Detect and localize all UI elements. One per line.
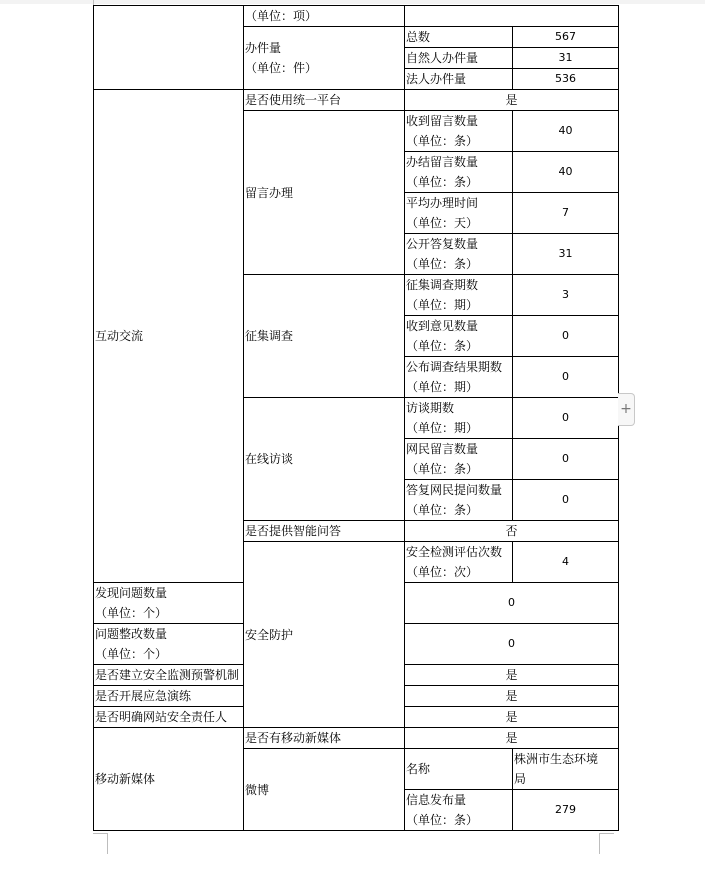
metric-label: 发现问题数量 （单位：个）: [94, 583, 244, 624]
has-mobile-label: 是否有移动新媒体: [244, 728, 405, 749]
metric-value: 0: [513, 480, 619, 521]
yesno-label: 是否开展应急演练: [94, 686, 244, 707]
metric-label: 问题整改数量 （单位：个）: [94, 624, 244, 665]
plus-icon: +: [620, 401, 632, 417]
report-table: （单位：项） 办件量 （单位：件） 总数 567 自然人办件量 31 法人办件量…: [93, 5, 619, 831]
metric-value: 7: [513, 193, 619, 234]
metric-label: 办结留言数量 （单位：条）: [405, 152, 513, 193]
metric-value: 0: [405, 583, 619, 624]
metric-value: 0: [513, 398, 619, 439]
metric-value: 3: [513, 275, 619, 316]
message-handling-label: 留言办理: [244, 111, 405, 275]
weibo-publish-label: 信息发布量 （单位：条）: [405, 790, 513, 831]
table-row: 互动交流 是否使用统一平台 是: [94, 90, 619, 111]
unit-item-value: [405, 6, 619, 27]
handling-legal-person-value: 536: [513, 69, 619, 90]
page-top-strip: [0, 0, 705, 4]
metric-value: 0: [513, 357, 619, 398]
metric-label: 答复网民提问数量 （单位：条）: [405, 480, 513, 521]
yesno-value: 是: [405, 707, 619, 728]
weibo-name-label: 名称: [405, 749, 513, 790]
has-mobile-value: 是: [405, 728, 619, 749]
smart-qa-label: 是否提供智能问答: [244, 521, 405, 542]
weibo-publish-value: 279: [513, 790, 619, 831]
metric-value: 31: [513, 234, 619, 275]
handling-volume-label: 办件量 （单位：件）: [244, 27, 405, 90]
category-cell-empty: [94, 6, 244, 90]
metric-value: 0: [513, 439, 619, 480]
add-row-button[interactable]: +: [618, 393, 635, 426]
unified-platform-label: 是否使用统一平台: [244, 90, 405, 111]
weibo-name-value: 株洲市生态环境 局: [513, 749, 619, 790]
online-interview-label: 在线访谈: [244, 398, 405, 521]
metric-value: 40: [513, 111, 619, 152]
unit-item-label: （单位：项）: [244, 6, 405, 27]
metric-value: 0: [513, 316, 619, 357]
metric-value: 40: [513, 152, 619, 193]
metric-label: 平均办理时间 （单位：天）: [405, 193, 513, 234]
metric-label: 网民留言数量 （单位：条）: [405, 439, 513, 480]
metric-value: 4: [513, 542, 619, 583]
yesno-value: 是: [405, 686, 619, 707]
metric-label: 收到留言数量 （单位：条）: [405, 111, 513, 152]
table-row: 移动新媒体 是否有移动新媒体 是: [94, 728, 619, 749]
smart-qa-value: 否: [405, 521, 619, 542]
handling-total-value: 567: [513, 27, 619, 48]
yesno-value: 是: [405, 665, 619, 686]
crop-mark-bottom-left: [93, 833, 108, 854]
metric-label: 公布调查结果期数 （单位：期）: [405, 357, 513, 398]
unified-platform-value: 是: [405, 90, 619, 111]
handling-legal-person-label: 法人办件量: [405, 69, 513, 90]
category-mobile-media: 移动新媒体: [94, 728, 244, 831]
crop-mark-top-left: [78, 0, 94, 5]
crop-mark-bottom-right: [599, 833, 614, 854]
metric-label: 收到意见数量 （单位：条）: [405, 316, 513, 357]
metric-label: 征集调查期数 （单位：期）: [405, 275, 513, 316]
yesno-label: 是否建立安全监测预警机制: [94, 665, 244, 686]
handling-natural-person-value: 31: [513, 48, 619, 69]
handling-natural-person-label: 自然人办件量: [405, 48, 513, 69]
handling-total-label: 总数: [405, 27, 513, 48]
metric-label: 访谈期数 （单位：期）: [405, 398, 513, 439]
weibo-label: 微博: [244, 749, 405, 831]
metric-label: 公开答复数量 （单位：条）: [405, 234, 513, 275]
metric-label: 安全检测评估次数 （单位：次）: [405, 542, 513, 583]
metric-value: 0: [405, 624, 619, 665]
survey-label: 征集调查: [244, 275, 405, 398]
category-interaction: 互动交流: [94, 90, 244, 583]
category-security: 安全防护: [244, 542, 405, 728]
table-row: （单位：项）: [94, 6, 619, 27]
yesno-label: 是否明确网站安全责任人: [94, 707, 244, 728]
